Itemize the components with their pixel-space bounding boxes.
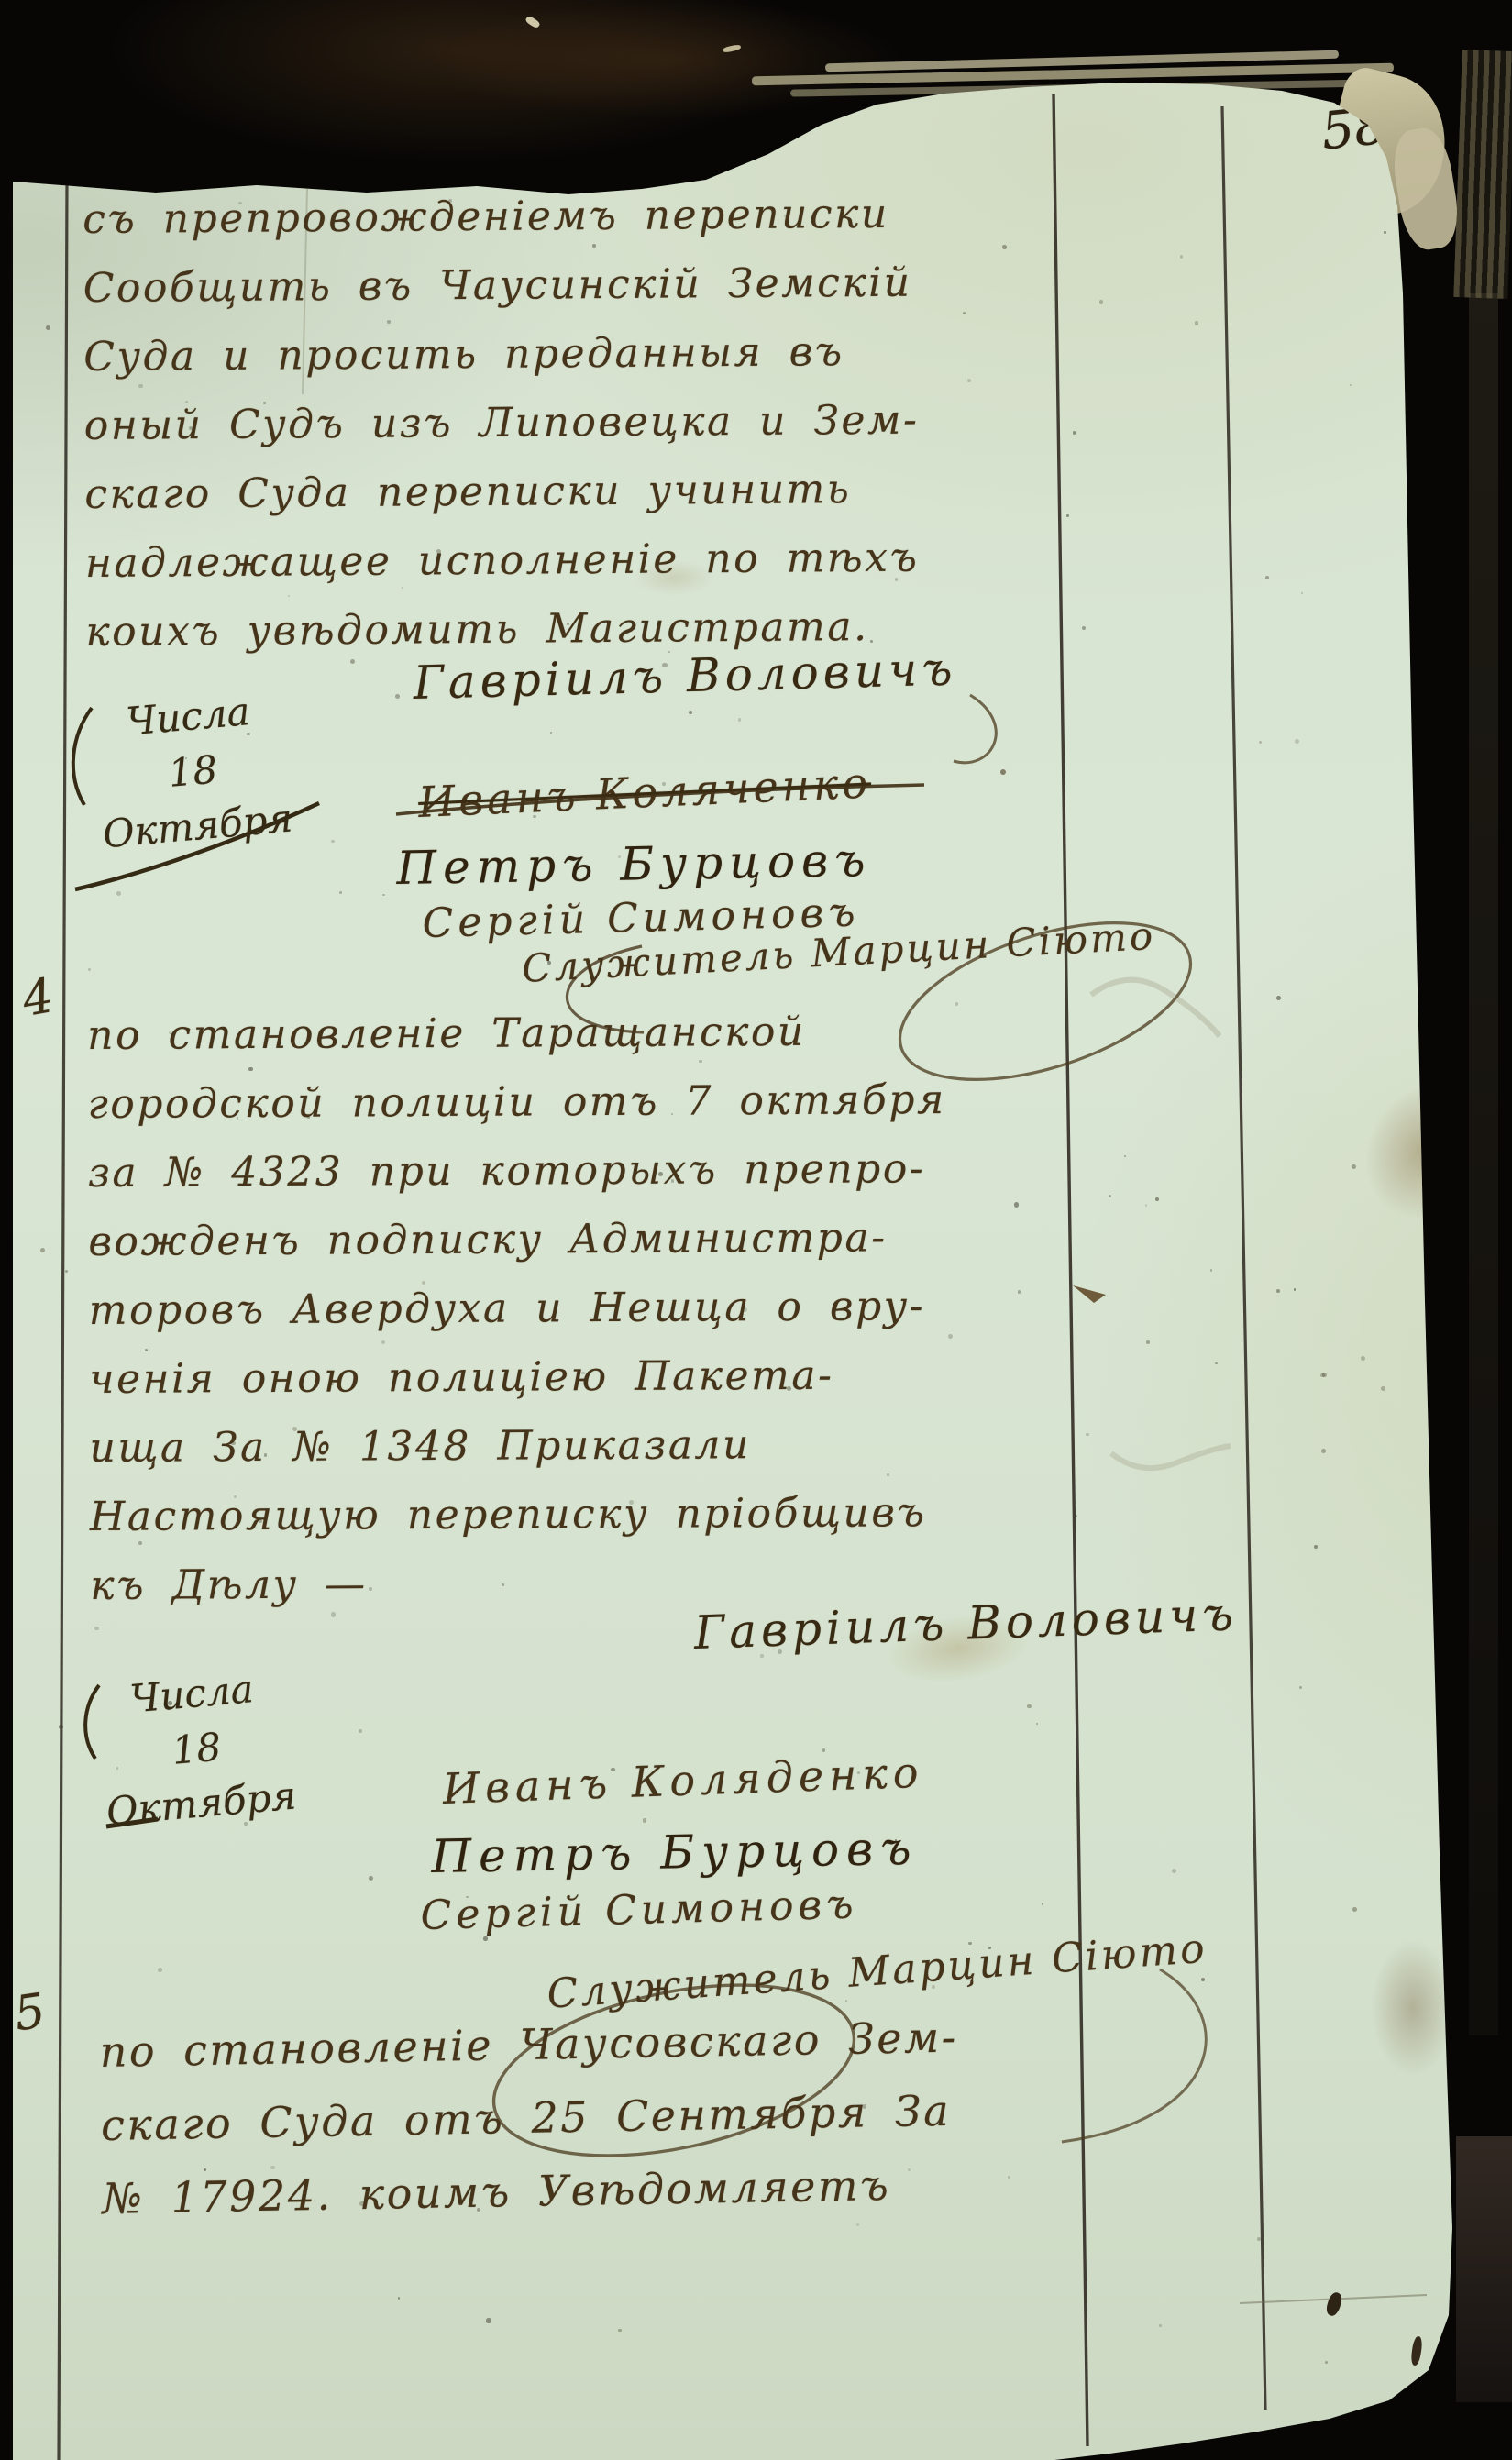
margin-date-note-1: Числа 18 Октября (81, 680, 305, 863)
signature-flourish (954, 695, 996, 763)
paper-speck (486, 2318, 491, 2322)
paper-speck (1124, 1155, 1126, 1157)
ink-bleedthrough (1091, 980, 1220, 1036)
paper-speck (395, 694, 400, 699)
paper-speck (1361, 1356, 1365, 1361)
paper-speck (1276, 996, 1281, 1000)
paper-speck (1146, 1340, 1150, 1344)
paper-speck (1259, 741, 1262, 744)
paper-speck (1294, 1288, 1297, 1291)
stacked-sheet-edge (825, 50, 1339, 72)
paper-speck (1210, 1269, 1213, 1272)
ink-stain (1371, 1939, 1455, 2077)
torn-corner-chip (1388, 125, 1463, 253)
paper-speck (1301, 592, 1303, 594)
photo-backdrop: 58 съ препровожденіемъ переписки Сообщит… (0, 0, 1512, 2460)
paper-speck (1155, 1197, 1160, 1202)
paper-speck (1145, 1204, 1148, 1207)
backdrop-shadow-smudge (431, 0, 908, 119)
book-fore-edge (1456, 2136, 1512, 2402)
backdrop-shadow-smudge (101, 0, 816, 165)
paper-speck (1075, 1515, 1077, 1517)
witness-signature-ivan-1: Иванъ Коляченко (417, 757, 872, 827)
paper-speck (618, 2329, 621, 2332)
scratch-mark (1240, 2295, 1427, 2303)
paper-speck (359, 1729, 362, 1733)
paper-speck (158, 1968, 162, 1972)
paper-speck (1036, 1723, 1038, 1725)
paper-speck (1195, 321, 1198, 325)
paper-speck (339, 891, 342, 894)
book-fore-edge (1469, 293, 1498, 2035)
paper-speck (1381, 1386, 1385, 1391)
paper-speck (1215, 1362, 1217, 1364)
paper-speck (46, 325, 50, 330)
entry-5-paragraph: по становленіе Чаусовскаго Зем- скаго Су… (99, 1997, 1157, 2235)
page-number: 58 (1319, 96, 1390, 162)
witness-signature-sergiy-2: Сергій Симоновъ (420, 1881, 858, 1939)
ink-spot-cluster (1324, 2290, 1343, 2317)
paper-speck (398, 2297, 400, 2299)
stacked-sheet-edge (752, 63, 1394, 86)
paper-speck (1082, 626, 1086, 630)
continuation-paragraph: съ препровожденіемъ переписки Сообщить в… (83, 179, 1058, 667)
paper-speck (738, 718, 741, 721)
paper-speck (1027, 1704, 1031, 1708)
paper-speck (1322, 1373, 1327, 1377)
paper-speck (1384, 231, 1385, 233)
margin-rule-line (59, 180, 67, 2460)
ink-bleedthrough (1111, 1446, 1231, 1468)
paper-speck (1352, 1907, 1357, 1912)
ink-spot-cluster (1410, 2335, 1423, 2366)
paper-speck (550, 732, 552, 734)
dust-fleck (723, 44, 742, 53)
paper-speck (1295, 739, 1299, 744)
dust-fleck (524, 15, 541, 28)
paper-speck (1109, 1195, 1111, 1197)
entry-4-marker: 4 (18, 968, 58, 1028)
paper-speck (1073, 431, 1076, 434)
ink-speck (1000, 769, 1006, 775)
paper-speck (1276, 1289, 1280, 1293)
paper-speck (116, 891, 121, 896)
paper-speck (1299, 1686, 1302, 1689)
witness-signature-petr-2: Петръ Бурцовъ (431, 1822, 919, 1883)
paper-speck (1099, 300, 1103, 303)
paper-speck (59, 1725, 62, 1728)
ink-blot (1073, 1285, 1106, 1303)
manuscript-page: 58 съ препровожденіемъ переписки Сообщит… (0, 0, 1512, 2460)
column-rule-line-2 (1222, 106, 1265, 2410)
paper-speck (1325, 2361, 1329, 2365)
paper-speck (88, 968, 91, 971)
paper-speck (1320, 1373, 1325, 1378)
paper-speck (382, 894, 385, 897)
paper-speck (1066, 514, 1069, 517)
paper-speck (331, 840, 335, 844)
margin-date-note-2: Числа 18 Октября (84, 1658, 309, 1840)
paper-speck (643, 1818, 647, 1823)
witness-signature-petr-1: Петръ Бурцовъ (396, 833, 872, 895)
paper-speck (1350, 384, 1352, 386)
paper-speck (856, 2223, 859, 2226)
paper-speck (689, 711, 692, 714)
paper-speck (1265, 576, 1269, 579)
paper-speck (1321, 1449, 1326, 1453)
paper-speck (94, 1627, 99, 1631)
paper-speck (369, 1876, 373, 1881)
paper-speck (1314, 1545, 1318, 1549)
entry-4-paragraph: по становленіе Таращанской городской пол… (87, 996, 1063, 1620)
paper-speck (1180, 255, 1184, 259)
paper-speck (40, 1248, 45, 1252)
paper-speck (1257, 2237, 1261, 2241)
paper-speck (1086, 1433, 1089, 1437)
book-fore-edge (1453, 50, 1512, 299)
paper-speck (1201, 1978, 1205, 1981)
paper-speck (1042, 1903, 1044, 1905)
witness-signature-ivan-2: Иванъ Коляденко (442, 1748, 924, 1814)
paper-speck (1352, 1164, 1356, 1169)
paper-speck (65, 1270, 68, 1273)
ink-stain (1344, 1065, 1506, 1239)
paper-speck (1159, 2324, 1162, 2327)
paper-speck (1172, 1869, 1176, 1873)
entry-5-marker: 5 (11, 1983, 49, 2042)
